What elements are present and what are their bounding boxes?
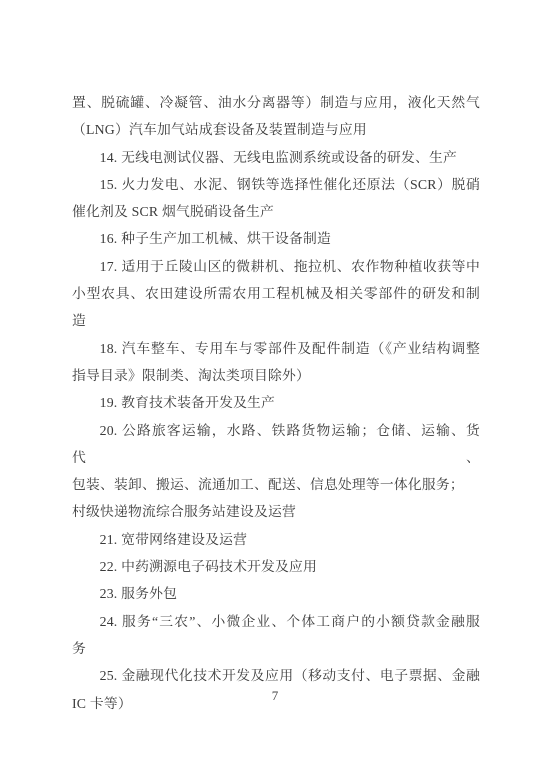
text-line: 小型农具、农田建设所需农用工程机械及相关零部件的研发和制 (72, 280, 480, 307)
text-line-item-23: 23. 服务外包 (72, 580, 480, 607)
text-line-item-15: 15. 火力发电、水泥、钢铁等选择性催化还原法（SCR）脱硝 (72, 171, 480, 198)
text-line-item-16: 16. 种子生产加工机械、烘干设备制造 (72, 225, 480, 252)
text-line-item-25: 25. 金融现代化技术开发及应用（移动支付、电子票据、金融 (72, 662, 480, 689)
page-number: 7 (0, 688, 550, 704)
text-line: 置、脱硫罐、冷凝管、油水分离器等）制造与应用，液化天然气 (72, 89, 480, 116)
text-line-item-14: 14. 无线电测试仪器、无线电监测系统或设备的研发、生产 (72, 144, 480, 171)
text-line-item-19: 19. 教育技术装备开发及生产 (72, 389, 480, 416)
text-line-item-18: 18. 汽车整车、专用车与零部件及配件制造（《产业结构调整 (72, 335, 480, 362)
text-line: 务 (72, 635, 480, 662)
text-line: 催化剂及 SCR 烟气脱硝设备生产 (72, 198, 480, 225)
text-line-item-24: 24. 服务“三农”、小微企业、个体工商户的小额贷款金融服 (72, 608, 480, 635)
text-line: （LNG）汽车加气站成套设备及装置制造与应用 (72, 116, 480, 143)
text-line: 指导目录》限制类、淘汰类项目除外） (72, 362, 480, 389)
document-body: 置、脱硫罐、冷凝管、油水分离器等）制造与应用，液化天然气 （LNG）汽车加气站成… (72, 89, 480, 717)
text-line-item-21: 21. 宽带网络建设及运营 (72, 526, 480, 553)
document-page: 置、脱硫罐、冷凝管、油水分离器等）制造与应用，液化天然气 （LNG）汽车加气站成… (0, 0, 550, 777)
text-line: 造 (72, 307, 480, 334)
text-line-item-17: 17. 适用于丘陵山区的微耕机、拖拉机、农作物种植收获等中 (72, 253, 480, 280)
text-line: 包装、装卸、搬运、流通加工、配送、信息处理等一体化服务； (72, 471, 480, 498)
text-line-item-20: 20. 公路旅客运输，水路、铁路货物运输；仓储、运输、货代、 (72, 417, 480, 472)
text-line-item-22: 22. 中药溯源电子码技术开发及应用 (72, 553, 480, 580)
text-line: 村级快递物流综合服务站建设及运营 (72, 498, 480, 525)
